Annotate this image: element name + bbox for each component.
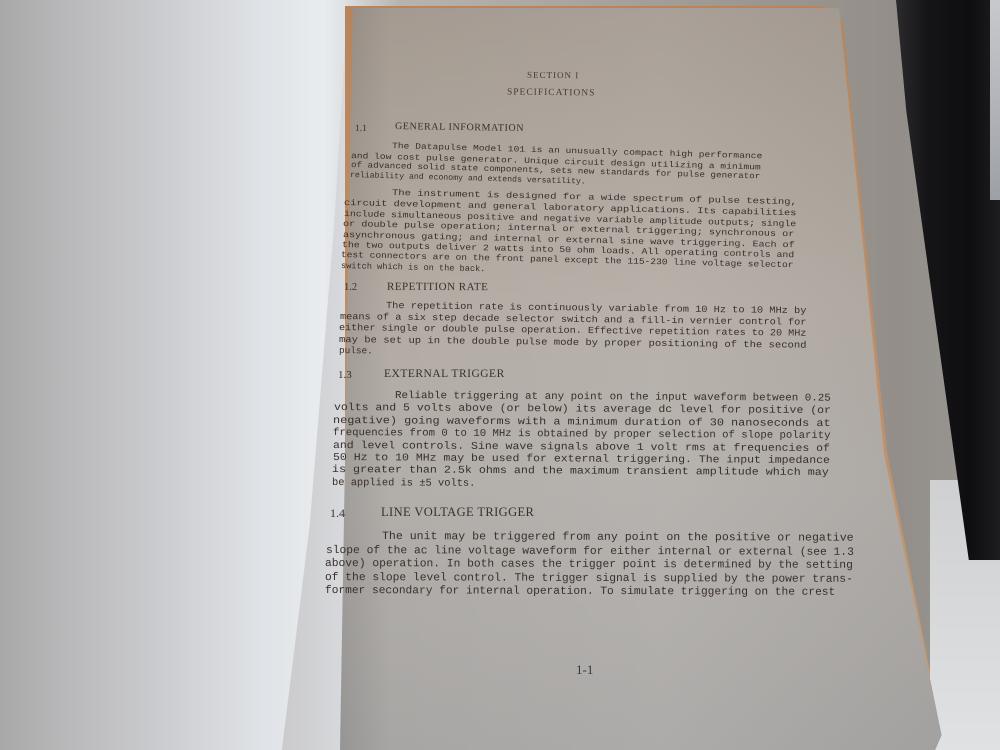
section-number: 1.2 <box>344 282 357 293</box>
section-heading: GENERAL INFORMATION <box>395 121 524 134</box>
body-text-line: slope of the ac line voltage waveform fo… <box>326 545 854 559</box>
body-text-line: The unit may be triggered from any point… <box>382 531 854 545</box>
section-number: 1.4 <box>330 506 345 521</box>
body-text-line: be applied is ±5 volts. <box>332 477 475 490</box>
section-heading: EXTERNAL TRIGGER <box>384 368 505 380</box>
section-number: 1.3 <box>338 369 352 381</box>
section-title: SPECIFICATIONS <box>507 88 596 99</box>
section-label: SECTION I <box>527 70 579 80</box>
body-text-line: former secondary for internal operation.… <box>325 585 835 599</box>
section-heading: LINE VOLTAGE TRIGGER <box>381 505 534 520</box>
section-heading: REPETITION RATE <box>387 281 488 293</box>
body-text-line: above) operation. In both cases the trig… <box>325 558 853 572</box>
body-text-line: switch which is on the back. <box>341 261 486 274</box>
body-text-line: of the slope level control. The trigger … <box>325 572 853 586</box>
section-number: 1.1 <box>355 124 367 134</box>
body-text-line: pulse. <box>339 345 373 356</box>
page-text: SECTION I SPECIFICATIONS 1.1 GENERAL INF… <box>0 0 1000 750</box>
photo-scene: SECTION I SPECIFICATIONS 1.1 GENERAL INF… <box>0 0 1000 750</box>
page-number: 1-1 <box>576 662 593 678</box>
